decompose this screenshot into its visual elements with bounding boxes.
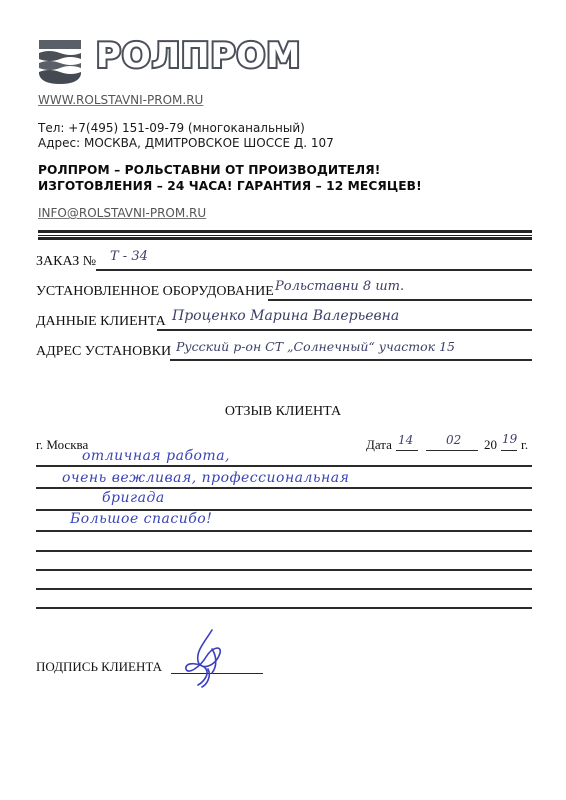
date-year-line <box>501 450 517 451</box>
order-label: ЗАКАЗ № <box>36 254 96 270</box>
order-field-line <box>96 269 532 271</box>
date-year-prefix: 20 <box>484 437 497 453</box>
client-value[interactable]: Проценко Марина Валерьевна <box>172 308 399 324</box>
feedback-text[interactable]: отличная работа, <box>82 448 230 464</box>
date-label: Дата <box>366 437 392 453</box>
feedback-line <box>36 607 532 609</box>
slogan-line-1: РОЛПРОМ – РОЛЬСТАВНИ ОТ ПРОИЗВОДИТЕЛЯ! <box>38 162 380 178</box>
address-text: Адрес: МОСКВА, ДМИТРОВСКОЕ ШОССЕ Д. 107 <box>38 136 334 151</box>
feedback-text[interactable]: очень вежливая, профессиональная <box>62 470 349 486</box>
install-address-field-line <box>170 359 532 361</box>
client-label: ДАННЫЕ КЛИЕНТА <box>36 314 166 330</box>
equipment-label: УСТАНОВЛЕННОЕ ОБОРУДОВАНИЕ <box>36 284 274 300</box>
feedback-line <box>36 487 532 489</box>
header-divider <box>38 230 532 233</box>
city-label: г. Москва <box>36 437 88 453</box>
date-day-line <box>396 450 418 451</box>
slogan-line-2: ИЗГОТОВЛЕНИЯ – 24 ЧАСА! ГАРАНТИЯ – 12 МЕ… <box>38 178 422 194</box>
install-address-value[interactable]: Русский р-он СТ „Солнечный“ участок 15 <box>176 339 455 354</box>
signature-label: ПОДПИСЬ КЛИЕНТА <box>36 659 162 675</box>
feedback-title: ОТЗЫВ КЛИЕНТА <box>0 404 566 420</box>
date-day[interactable]: 14 <box>398 433 413 447</box>
phone-text: Тел: +7(495) 151-09-79 (многоканальный) <box>38 121 305 136</box>
feedback-line <box>36 465 532 467</box>
install-address-label: АДРЕС УСТАНОВКИ <box>36 344 171 360</box>
equipment-value[interactable]: Рольставни 8 шт. <box>275 279 404 294</box>
feedback-line <box>36 550 532 552</box>
waves-shield-icon <box>39 40 81 84</box>
feedback-line <box>36 588 532 590</box>
date-month[interactable]: 02 <box>446 433 461 447</box>
equipment-field-line <box>268 299 532 301</box>
feedback-line <box>36 530 532 532</box>
feedback-line <box>36 569 532 571</box>
header-divider-thin <box>38 235 532 236</box>
date-month-line <box>426 450 478 451</box>
client-field-line <box>157 329 532 331</box>
email-link[interactable]: INFO@ROLSTAVNI-PROM.RU <box>38 206 206 220</box>
brand-name: РОЛПРОМ <box>96 39 301 73</box>
feedback-text[interactable]: Большое спасибо! <box>70 511 212 527</box>
website-link[interactable]: WWW.ROLSTAVNI-PROM.RU <box>38 93 203 107</box>
handwritten-signature-icon[interactable] <box>182 625 232 690</box>
feedback-text[interactable]: бригада <box>102 490 165 506</box>
order-value[interactable]: Т - 34 <box>110 249 148 264</box>
date-year[interactable]: 19 <box>502 432 517 446</box>
date-suffix: г. <box>521 437 528 453</box>
header-divider-bottom <box>38 237 532 240</box>
